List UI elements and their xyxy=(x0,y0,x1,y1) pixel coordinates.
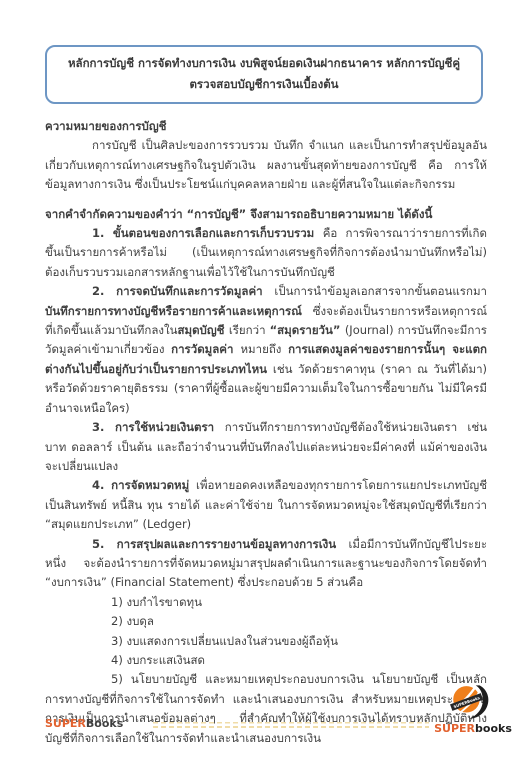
statement-item-2: 2) งบดุล xyxy=(45,612,487,631)
footer-dashed-divider xyxy=(153,722,429,728)
statement-item-3: 3) งบแสดงการเปลี่ยนแปลงในส่วนของผู้ถือหุ… xyxy=(45,632,487,651)
logo-wordmark-books: books xyxy=(475,722,512,735)
spacer xyxy=(45,195,487,205)
chapter-title-box: หลักการบัญชี การจัดทำงบการเงิน งบพิสูจน์… xyxy=(45,45,483,104)
chapter-title-line2: ตรวจสอบบัญชีการเงินเบื้องต้น xyxy=(59,74,469,95)
item-3: 3. การใช้หน่วยเงินตรา การบันทึกรายการทาง… xyxy=(45,418,487,476)
statement-item-1: 1) งบกำไรขาดทุน xyxy=(45,593,487,612)
chapter-title-line1: หลักการบัญชี การจัดทำงบการเงิน งบพิสูจน์… xyxy=(59,53,469,74)
definition-lead: จากคำจำกัดความของคำว่า “การบัญชี” จึงสาม… xyxy=(45,205,487,224)
section-heading: ความหมายของการบัญชี xyxy=(45,117,487,136)
logo-wordmark-super: SUPER xyxy=(434,722,475,735)
footer-brand-books: Books xyxy=(86,717,123,730)
logo-wordmark: SUPERbooks xyxy=(430,722,516,735)
item-4: 4. การจัดหมวดหมู่ เพื่อหายอดคงเหลือของทุ… xyxy=(45,476,487,534)
statement-item-4: 4) งบกระแสเงินสด xyxy=(45,651,487,670)
body-text: ความหมายของการบัญชีการบัญชี เป็นศิลปะของ… xyxy=(45,117,487,748)
footer-brand-text: SUPERBooks xyxy=(45,717,123,730)
item-1: 1. ขั้นตอนของการเลือกและการเก็บรวบรวม คื… xyxy=(45,224,487,282)
intro-paragraph: การบัญชี เป็นศิลปะของการรวบรวม บันทึก จำ… xyxy=(45,136,487,194)
footer-brand-super: SUPER xyxy=(45,717,86,730)
superbooks-logo-icon: SUPERBooks xyxy=(436,683,514,725)
statement-item-5: 5) นโยบายบัญชี และหมายเหตุประกอบงบการเงิ… xyxy=(45,670,487,748)
item-2: 2. การจดบันทึกและการวัดมูลค่า เป็นการนำข… xyxy=(45,282,487,418)
document-page: หลักการบัญชี การจัดทำงบการเงิน งบพิสูจน์… xyxy=(0,0,531,765)
item-5: 5. การสรุปผลและการรายงานข้อมูลทางการเงิน… xyxy=(45,535,487,593)
